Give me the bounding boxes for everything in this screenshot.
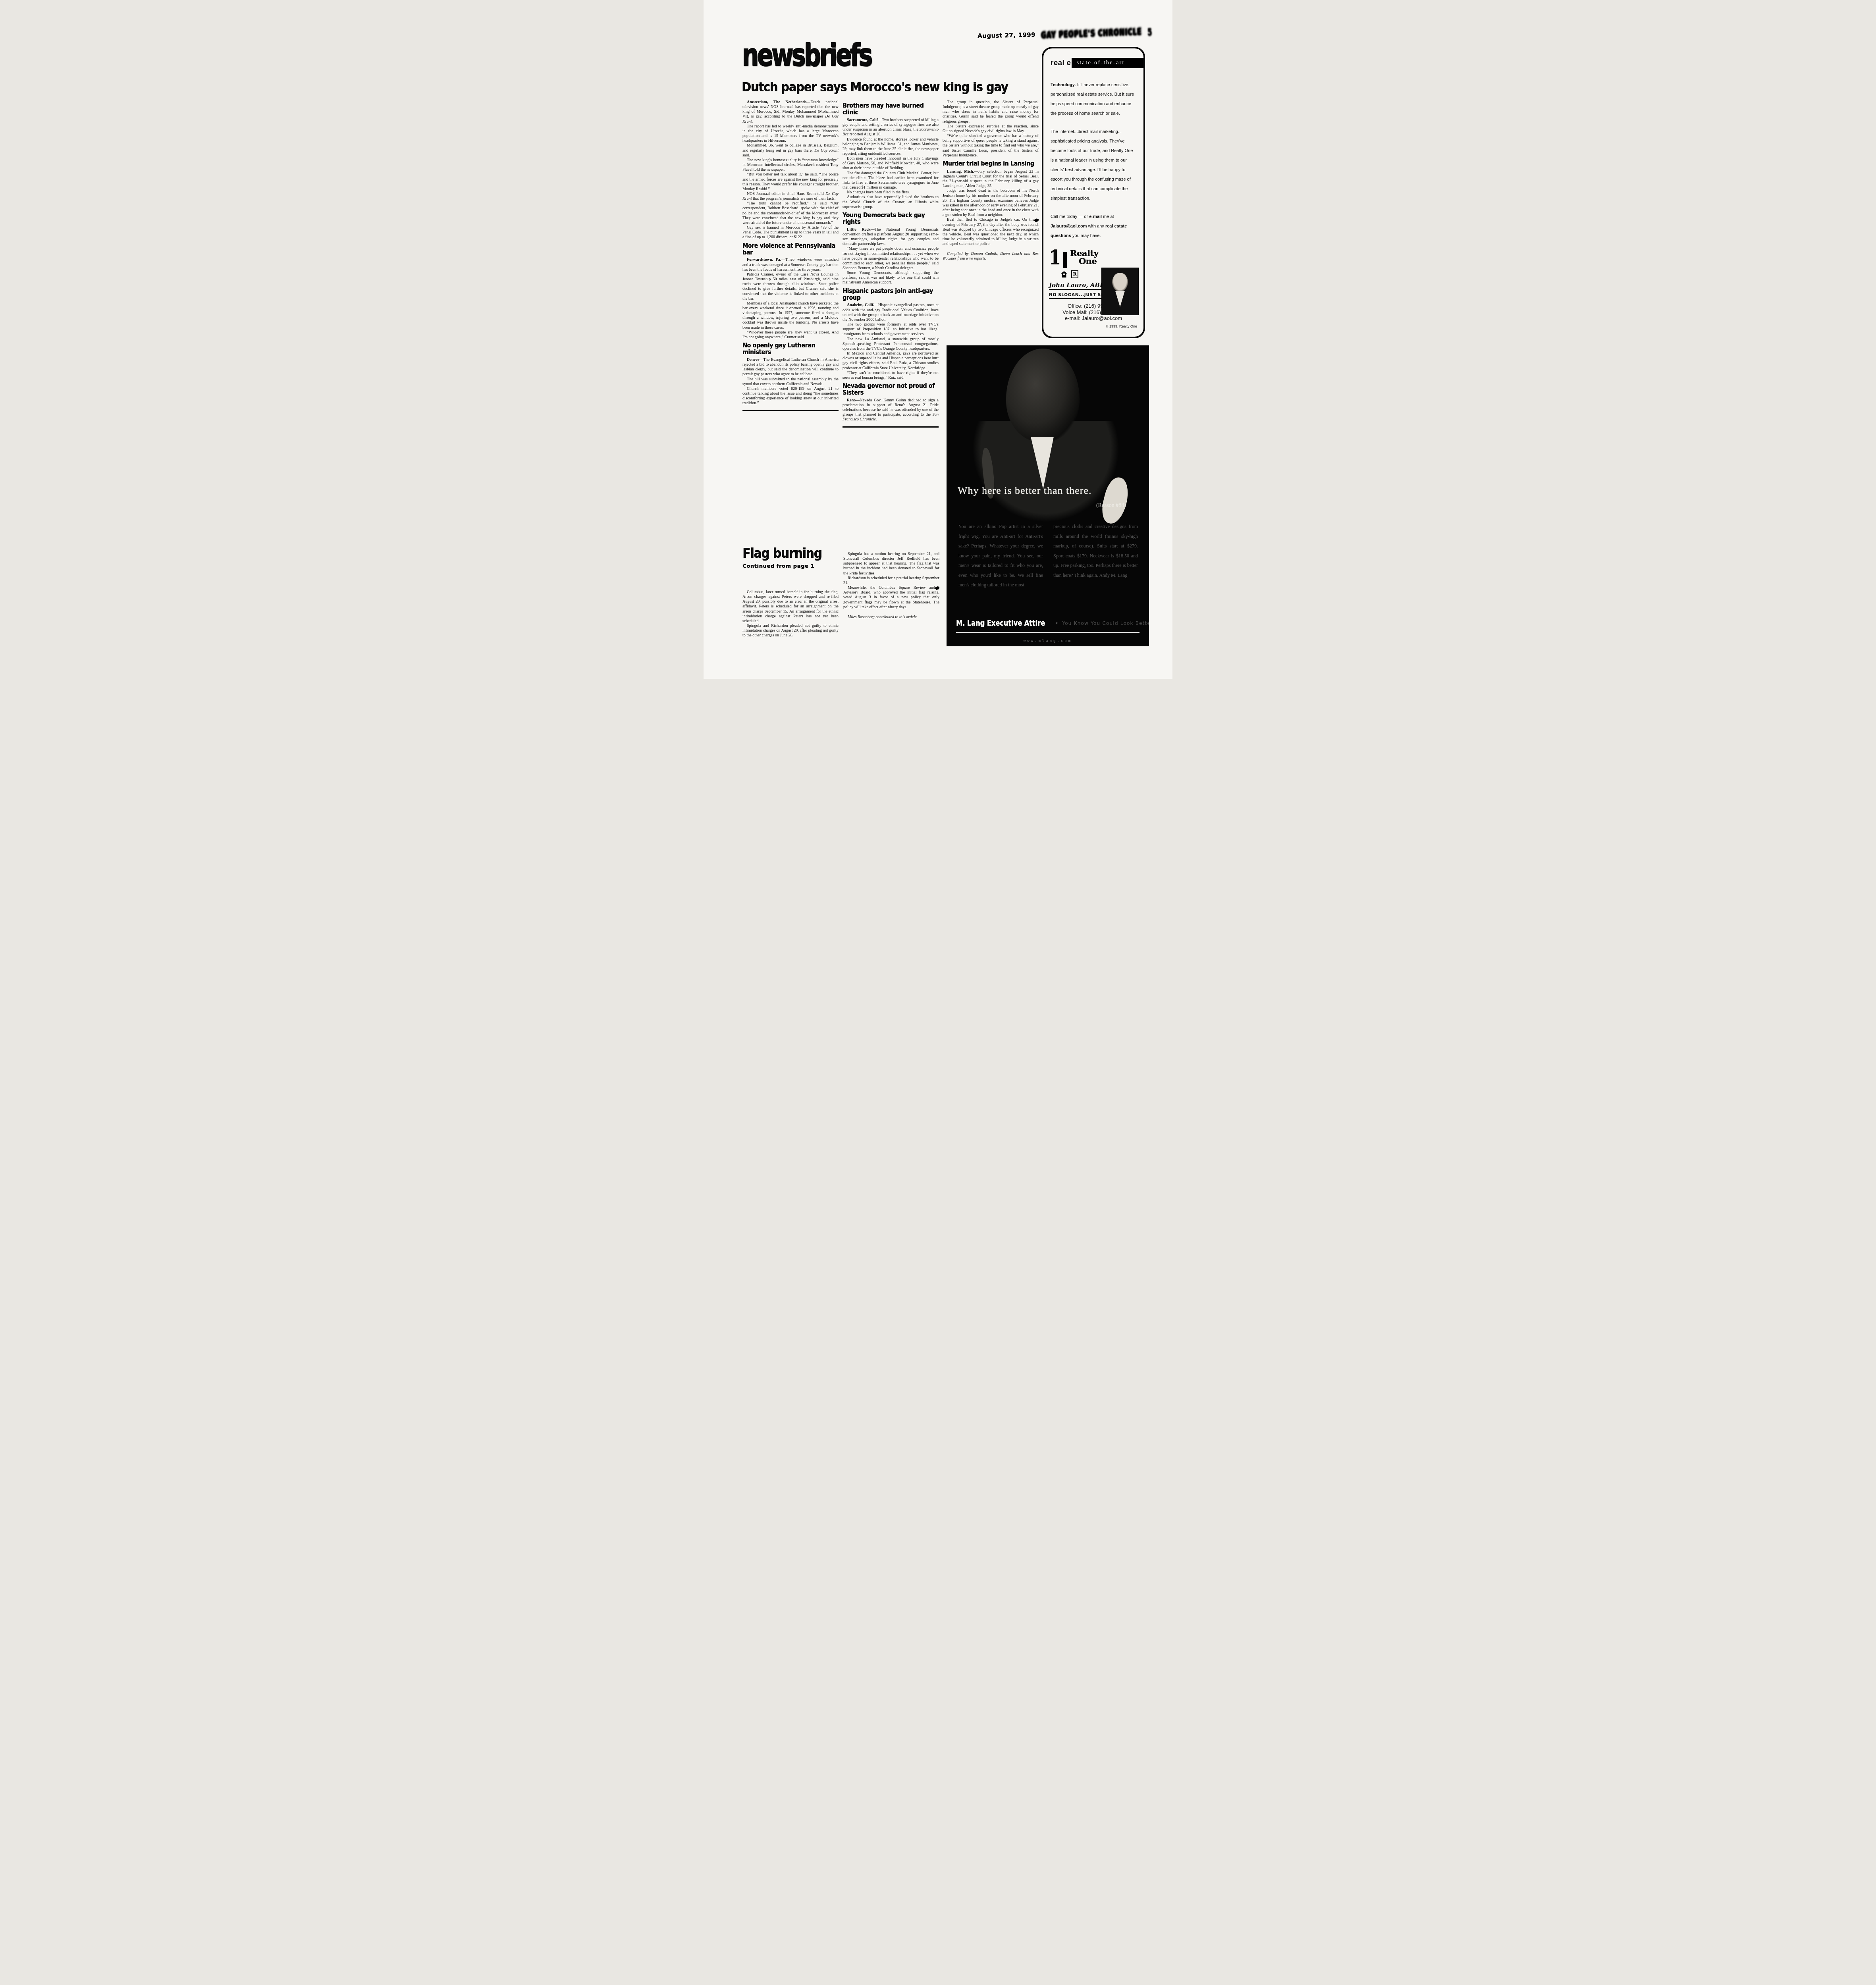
one-word: One xyxy=(1079,257,1098,265)
article-paragraph: Evidence found at the home, storage lock… xyxy=(843,137,939,157)
mlang-ad: Why here is better than there. (Reason #… xyxy=(947,345,1149,646)
article-paragraph: The fire damaged the Country Club Medica… xyxy=(843,171,939,191)
article-paragraph: The Internet...direct mail marketing... … xyxy=(1051,127,1136,203)
article-paragraph: Columbus, later turned herself in for bu… xyxy=(742,590,839,624)
dateline: Sacramento, Calif— xyxy=(847,118,882,122)
article-paragraph: In Mexico and Central America, gays are … xyxy=(843,351,939,371)
article-paragraph: Anaheim, Calif.—Hispanic evangelical pas… xyxy=(843,303,939,322)
article-paragraph: “Whoever these people are, they want us … xyxy=(742,330,839,340)
article-paragraph: Denver—The Evangelical Lutheran Church i… xyxy=(742,358,839,377)
lead-headline: Dutch paper says Morocco's new king is g… xyxy=(742,81,1019,94)
article-paragraph: The new king's homosexuality is “common … xyxy=(742,158,839,172)
article-headline: Young Democrats back gay rights xyxy=(843,212,936,226)
realtor-icon: R xyxy=(1071,270,1078,278)
article-paragraph: Forwardstown, Pa.—Three windows were sma… xyxy=(742,258,839,272)
article-paragraph: “But you better not talk about it,” he s… xyxy=(742,172,839,192)
realty-one-logo: 1 Realty One xyxy=(1049,249,1143,268)
agent-face xyxy=(1112,273,1128,292)
article-paragraph: Church members voted 820-159 on August 2… xyxy=(742,387,839,406)
dateline: Reno— xyxy=(847,398,860,403)
news-column-2: Brothers may have burned clinicSacrament… xyxy=(843,100,939,428)
article-paragraph: Lansing, Mich.—Jury selection began Augu… xyxy=(943,170,1039,189)
realty-one-ad: real e state-of-the-art Technology. It'l… xyxy=(1042,47,1145,338)
equal-housing-icon xyxy=(1061,271,1067,278)
newspaper-page: August 27, 1999 GAY PEOPLE'S CHRONICLE 5… xyxy=(704,0,1172,679)
article-paragraph: The group in question, the Sisters of Pe… xyxy=(943,100,1039,124)
article-paragraph: Both men have pleaded innocent in the Ju… xyxy=(843,156,939,171)
article-paragraph: Spingola has a motion hearing on Septemb… xyxy=(843,552,939,576)
article-paragraph: NOS-Journaal editor-in-chief Hans Brom t… xyxy=(742,192,839,201)
section-divider xyxy=(843,426,939,428)
store-rule xyxy=(956,632,1139,633)
article-paragraph: The new La Amistad, a statewide group of… xyxy=(843,337,939,351)
flag-burning-headline: Flag burning xyxy=(742,547,822,560)
article-headline: Murder trial begins in Lansing xyxy=(943,161,1036,168)
article-paragraph: Some Young Democrats, although supportin… xyxy=(843,271,939,285)
model-head xyxy=(1006,349,1080,442)
newsbriefs-logo: newsbriefs xyxy=(742,41,871,70)
article-paragraph: “They can't be considered to have rights… xyxy=(843,371,939,380)
article-paragraph: Sacramento, Calif—Two brothers suspected… xyxy=(843,118,939,137)
agent-name: John Lauro, ABR xyxy=(1049,281,1105,290)
article-paragraph: Call me today — or e-mail me at Jalauro@… xyxy=(1051,212,1136,241)
realty-one-numeral: 1 xyxy=(1049,249,1060,266)
flag-column-1: Columbus, later turned herself in for bu… xyxy=(742,590,839,638)
ad-title-right: state-of-the-art xyxy=(1072,58,1143,68)
article-headline: More violence at Pennsylvania bar xyxy=(742,243,836,256)
realty-one-wordmark: Realty One xyxy=(1070,249,1098,265)
dateline: Lansing, Mich.— xyxy=(947,170,978,174)
ad-body: Technology. It'll never replace sensitiv… xyxy=(1043,80,1143,241)
dateline: Denver— xyxy=(747,358,763,362)
article-paragraph: Reno—Nevada Gov. Kenny Guinn declined to… xyxy=(843,398,939,422)
news-column-3: The group in question, the Sisters of Pe… xyxy=(943,100,1039,262)
article-paragraph: The report has led to weekly anti-media … xyxy=(742,124,839,144)
ad-title: real e state-of-the-art xyxy=(1043,58,1143,68)
credit-line: Miles Rosenberg contributed to this arti… xyxy=(843,615,939,620)
article-headline: No openly gay Lutheran ministers xyxy=(742,343,836,356)
article-paragraph: “We're quite shocked a governor who has … xyxy=(943,134,1039,158)
article-paragraph: Spingola and Richardon pleaded not guilt… xyxy=(742,624,839,638)
bullet-separator: • xyxy=(1055,621,1059,626)
article-paragraph: Mohammed, 36, went to college in Brussel… xyxy=(742,143,839,158)
credit-line: Compiled by Doreen Cudnik, Dawn Leach an… xyxy=(943,252,1039,261)
article-paragraph: Members of a local Anabaptist church hav… xyxy=(742,301,839,330)
email-address: e-mail: Jalauro@aol.com xyxy=(1043,315,1143,322)
news-column-1: Amsterdam, The Netherlands—Dutch nationa… xyxy=(742,100,839,411)
article-paragraph: The two groups were formerly at odds ove… xyxy=(843,322,939,337)
article-paragraph: Richardson is scheduled for a pretrial h… xyxy=(843,576,939,586)
section-divider xyxy=(742,410,839,411)
dateline: Amsterdam, The Netherlands— xyxy=(747,100,810,104)
article-paragraph: No charges have been filed in the fires. xyxy=(843,190,939,195)
mlang-body-col1: You are an albino Pop artist in a silver… xyxy=(958,522,1043,590)
copyright-line: © 1999, Realty One xyxy=(1043,324,1137,328)
article-paragraph: Gay sex is banned in Morocco by Article … xyxy=(742,225,839,240)
article-paragraph: Patricia Cramer, owner of the Casa Nova … xyxy=(742,272,839,301)
agent-photo xyxy=(1101,268,1139,315)
article-paragraph: Amsterdam, The Netherlands—Dutch nationa… xyxy=(742,100,839,124)
article-paragraph: Technology. It'll never replace sensitiv… xyxy=(1051,80,1136,118)
publication-name: GAY PEOPLE'S CHRONICLE xyxy=(1041,26,1142,40)
article-paragraph: Beal then fled to Chicago in Judge's car… xyxy=(943,218,1039,247)
issue-date: August 27, 1999 xyxy=(978,31,1035,40)
mlang-headline: Why here is better than there. xyxy=(958,485,1139,497)
mlang-store-row: M. Lang Executive Attire • You Know You … xyxy=(956,619,1143,627)
page-number: 5 xyxy=(1147,27,1152,38)
article-paragraph: Meanwhile, the Columbus Square Review an… xyxy=(843,586,939,610)
flag-column-2: Spingola has a motion hearing on Septemb… xyxy=(843,552,939,620)
article-paragraph: Judge was found dead in the bedroom of h… xyxy=(943,189,1039,218)
realty-one-logo-bar xyxy=(1063,252,1067,268)
article-paragraph: Little Rock—The National Young Democrats… xyxy=(843,227,939,247)
article-paragraph: “The truth cannot be rectified,” he said… xyxy=(742,201,839,225)
mlang-body-col2: precious cloths and creative designs fro… xyxy=(1053,522,1138,590)
article-paragraph: The Sisters expressed surprise at the re… xyxy=(943,124,1039,134)
mlang-body: You are an albino Pop artist in a silver… xyxy=(958,522,1138,590)
article-paragraph: The bill was submitted to the national a… xyxy=(742,377,839,387)
agent-shirt xyxy=(1115,291,1125,307)
masthead: August 27, 1999 GAY PEOPLE'S CHRONICLE 5 xyxy=(978,28,1152,39)
mlang-reason: (Reason #88) xyxy=(1096,503,1126,509)
article-headline: Brothers may have burned clinic xyxy=(843,103,936,116)
article-headline: Nevada governor not proud of Sisters xyxy=(843,383,936,397)
dateline: Forwardstown, Pa.— xyxy=(747,258,785,262)
store-website: www.mlang.com xyxy=(947,639,1149,643)
dateline: Little Rock— xyxy=(847,227,875,232)
article-paragraph: Authorities also have reportedly linked … xyxy=(843,195,939,209)
continued-from-label: Continued from page 1 xyxy=(742,563,814,569)
ohio-end-mark-icon xyxy=(935,586,939,590)
ohio-end-mark-icon xyxy=(1034,218,1039,222)
store-name: M. Lang Executive Attire xyxy=(956,619,1045,628)
dateline: Anaheim, Calif.— xyxy=(847,303,878,307)
article-paragraph: “Many times we put people down and ostra… xyxy=(843,247,939,271)
ad-title-left: real e xyxy=(1051,59,1071,67)
article-headline: Hispanic pastors join anti-gay group xyxy=(843,288,936,302)
store-tagline: You Know You Could Look Better. xyxy=(1062,621,1149,626)
